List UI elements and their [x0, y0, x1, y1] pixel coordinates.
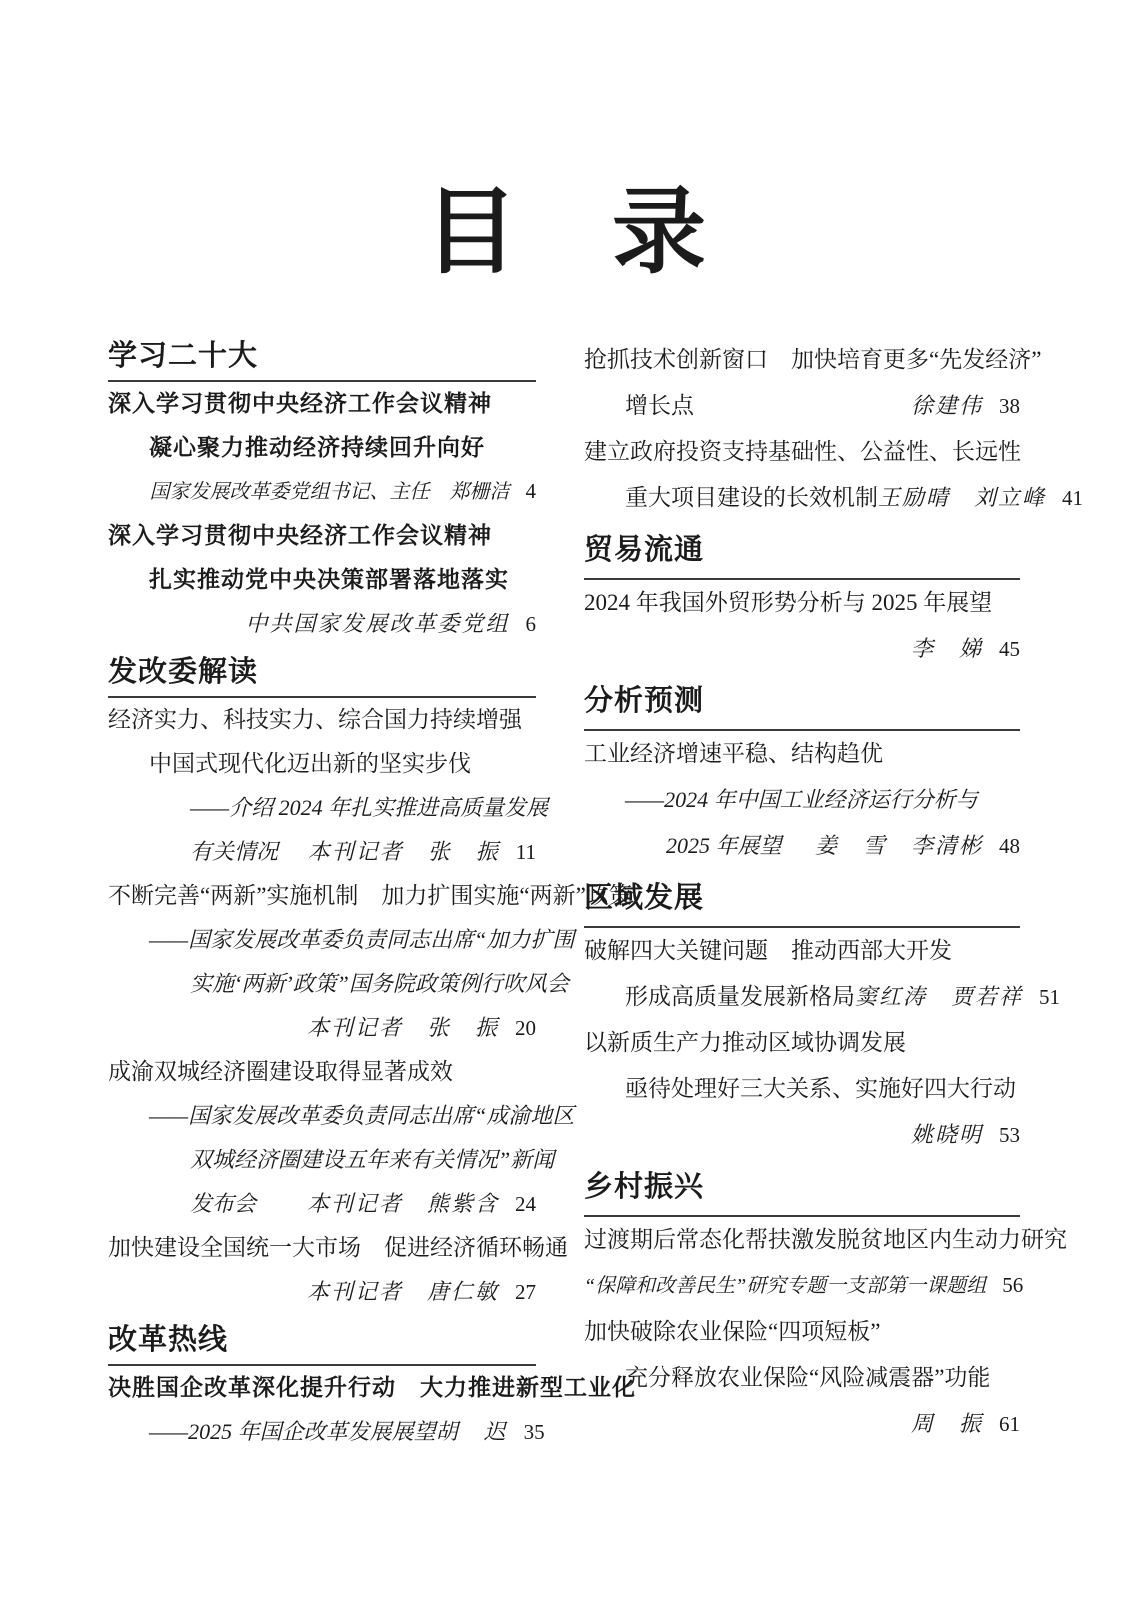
toc-entry-line: 实施‘两新’政策”国务院政策例行吹风会	[108, 962, 536, 1006]
entry-page-number: 38	[999, 395, 1020, 418]
entry-title-text: 增长点	[584, 393, 694, 418]
entry-author: 窦红涛 贾若祥	[855, 985, 1023, 1009]
entry-page-number: 35	[524, 1421, 545, 1444]
entry-page-number: 6	[526, 613, 537, 636]
toc-entry-line: ——2024 年中国工业经济运行分析与	[584, 777, 1020, 823]
entry-title-text: 成渝双城经济圈建设取得显著成效	[108, 1059, 453, 1084]
toc-entry-line: 加快破除农业保险“四项短板”	[584, 1309, 1020, 1355]
entry-author-page: 中共国家发展改革委党组6	[245, 612, 536, 636]
toc-entry-line: 加快建设全国统一大市场 促进经济循环畅通	[108, 1226, 536, 1270]
entry-author-page: 本刊记者 熊紫含24	[307, 1192, 536, 1216]
entry-author-page: 姜 雪 李清彬48	[815, 834, 1020, 858]
entry-page-number: 24	[515, 1193, 536, 1216]
toc-entry-line: 深入学习贯彻中央经济工作会议精神	[108, 514, 536, 558]
entry-author: 姚晓明	[911, 1123, 983, 1147]
entry-author-page: 周 振61	[911, 1412, 1020, 1436]
toc-left-column: 学习二十大深入学习贯彻中央经济工作会议精神凝心聚力推动经济持续回升向好国家发展改…	[108, 330, 536, 1454]
entry-author-page: 王励晴 刘立峰41	[878, 486, 1083, 510]
entry-title-text: 2025 年展望	[584, 834, 782, 858]
page-title: 目 录	[0, 186, 1130, 280]
section-title: 区域发展	[584, 883, 1020, 913]
entry-title-text: 建立政府投资支持基础性、公益性、长远性	[584, 439, 1021, 464]
toc-entry-line: 以新质生产力推动区域协调发展	[584, 1020, 1020, 1066]
toc-entry-line: 重大项目建设的长效机制王励晴 刘立峰41	[584, 475, 1020, 521]
toc-entry-line: ——国家发展改革委负责同志出席“加力扩围	[108, 918, 536, 962]
section-title: 改革热线	[108, 1325, 536, 1355]
entry-author: 徐建伟	[911, 394, 983, 418]
toc-entry-line: 成渝双城经济圈建设取得显著成效	[108, 1050, 536, 1094]
toc-entry-line: ——国家发展改革委负责同志出席“成渝地区	[108, 1094, 536, 1138]
toc-entry-line: 李 娣45	[584, 626, 1020, 672]
toc-entry-line: 增长点徐建伟38	[584, 383, 1020, 429]
entry-page-number: 53	[999, 1124, 1020, 1147]
toc-entry-line: 凝心聚力推动经济持续回升向好	[108, 426, 536, 470]
toc-entry-line: 决胜国企改革深化提升行动 大力推进新型工业化	[108, 1366, 536, 1410]
entry-author: “保障和改善民生”研究专题一支部第一课题组	[584, 1275, 986, 1297]
entry-title-text: 亟待处理好三大关系、实施好四大行动	[584, 1076, 1016, 1101]
toc-section-header: 区域发展	[584, 883, 1020, 928]
entry-author-page: 窦红涛 贾若祥51	[855, 985, 1060, 1009]
entry-title-text: 深入学习贯彻中央经济工作会议精神	[108, 391, 492, 416]
toc-entry-line: 扎实推动党中央决策部署落地落实	[108, 558, 536, 602]
toc-page: { "page": { "title": "目 录" }, "colors": …	[0, 0, 1130, 1600]
toc-section-header: 分析预测	[584, 686, 1020, 731]
entry-page-number: 41	[1062, 487, 1083, 510]
entry-title-text: 加快建设全国统一大市场 促进经济循环畅通	[108, 1235, 568, 1260]
entry-title-text: 抢抓技术创新窗口 加快培育更多“先发经济”	[584, 347, 1041, 372]
toc-section-header: 改革热线	[108, 1325, 536, 1366]
section-title: 发改委解读	[108, 657, 536, 687]
entry-title-text: ——2024 年中国工业经济运行分析与	[584, 788, 978, 812]
entry-page-number: 11	[516, 841, 536, 864]
entry-title-text: ——国家发展改革委负责同志出席“成渝地区	[108, 1104, 574, 1128]
entry-title-text: 加快破除农业保险“四项短板”	[584, 1319, 880, 1344]
toc-entry-line: 国家发展改革委党组书记、主任 郑栅洁4	[108, 470, 536, 514]
entry-author: 本刊记者 张 振	[308, 840, 500, 864]
toc-entry-line: 2025 年展望姜 雪 李清彬48	[584, 823, 1020, 869]
entry-title-text: 形成高质量发展新格局	[584, 984, 855, 1009]
toc-entry-line: 姚晓明53	[584, 1112, 1020, 1158]
toc-entry-line: 不断完善“两新”实施机制 加力扩围实施“两新”政策	[108, 874, 536, 918]
entry-author-page: “保障和改善民生”研究专题一支部第一课题组56	[584, 1274, 1023, 1297]
toc-entry-line: 双城经济圈建设五年来有关情况”新闻	[108, 1138, 536, 1182]
toc-entry-line: 抢抓技术创新窗口 加快培育更多“先发经济”	[584, 337, 1020, 383]
entry-page-number: 45	[999, 638, 1020, 661]
toc-entry-line: ——2025 年国企改革发展展望胡 迟35	[108, 1410, 536, 1454]
toc-entry-line: 建立政府投资支持基础性、公益性、长远性	[584, 429, 1020, 475]
toc-right-column: 抢抓技术创新窗口 加快培育更多“先发经济”增长点徐建伟38建立政府投资支持基础性…	[584, 330, 1020, 1447]
toc-entry-line: 深入学习贯彻中央经济工作会议精神	[108, 382, 536, 426]
entry-title-text: ——国家发展改革委负责同志出席“加力扩围	[108, 928, 574, 952]
entry-page-number: 61	[999, 1413, 1020, 1436]
entry-author: 李 娣	[911, 637, 983, 661]
entry-author: 本刊记者 唐仁敏	[307, 1280, 499, 1304]
entry-title-text: ——2025 年国企改革发展展望	[108, 1420, 436, 1444]
toc-entry-line: 工业经济增速平稳、结构趋优	[584, 731, 1020, 777]
entry-title-text: 以新质生产力推动区域协调发展	[584, 1030, 906, 1055]
entry-title-text: 工业经济增速平稳、结构趋优	[584, 741, 883, 766]
entry-title-text: 双城经济圈建设五年来有关情况”新闻	[108, 1148, 554, 1172]
toc-entry-line: 本刊记者 张 振20	[108, 1006, 536, 1050]
entry-page-number: 4	[526, 480, 537, 503]
toc-entry-line: 有关情况本刊记者 张 振11	[108, 830, 536, 874]
entry-title-text: 过渡期后常态化帮扶激发脱贫地区内生动力研究	[584, 1227, 1067, 1252]
toc-section-header: 学习二十大	[108, 341, 536, 382]
section-title: 学习二十大	[108, 341, 536, 371]
toc-entry-line: 发布会本刊记者 熊紫含24	[108, 1182, 536, 1226]
entry-author-page: 徐建伟38	[911, 394, 1020, 418]
entry-author: 胡 迟	[436, 1420, 508, 1444]
toc-entry-line: 形成高质量发展新格局窦红涛 贾若祥51	[584, 974, 1020, 1020]
entry-author-page: 李 娣45	[911, 637, 1020, 661]
entry-author: 周 振	[911, 1412, 983, 1436]
entry-title-text: 决胜国企改革深化提升行动 大力推进新型工业化	[108, 1375, 636, 1400]
toc-entry-line: 充分释放农业保险“风险减震器”功能	[584, 1355, 1020, 1401]
entry-author-page: 国家发展改革委党组书记、主任 郑栅洁4	[150, 480, 537, 503]
entry-title-text: 中国式现代化迈出新的坚实步伐	[108, 751, 471, 776]
entry-page-number: 27	[515, 1281, 536, 1304]
toc-entry-line: 经济实力、科技实力、综合国力持续增强	[108, 698, 536, 742]
entry-title-text: 重大项目建设的长效机制	[584, 485, 878, 510]
entry-title-text: 发布会	[108, 1192, 256, 1216]
toc-entry-line: 过渡期后常态化帮扶激发脱贫地区内生动力研究	[584, 1217, 1020, 1263]
entry-author: 本刊记者 张 振	[307, 1016, 499, 1040]
section-title: 分析预测	[584, 686, 1020, 716]
toc-entry-line: 2024 年我国外贸形势分析与 2025 年展望	[584, 580, 1020, 626]
entry-author-page: 本刊记者 张 振11	[308, 840, 536, 864]
entry-author-page: 姚晓明53	[911, 1123, 1020, 1147]
entry-title-text: 有关情况	[108, 840, 278, 864]
toc-section-header: 贸易流通	[584, 535, 1020, 580]
toc-entry-line: 周 振61	[584, 1401, 1020, 1447]
entry-author: 本刊记者 熊紫含	[307, 1192, 499, 1216]
toc-entry-line: 本刊记者 唐仁敏27	[108, 1270, 536, 1314]
entry-title-text: 深入学习贯彻中央经济工作会议精神	[108, 523, 492, 548]
toc-section-header: 发改委解读	[108, 657, 536, 698]
toc-entry-line: 亟待处理好三大关系、实施好四大行动	[584, 1066, 1020, 1112]
entry-title-text: 破解四大关键问题 推动西部大开发	[584, 938, 952, 963]
entry-title-text: 经济实力、科技实力、综合国力持续增强	[108, 707, 522, 732]
entry-title-text: 扎实推动党中央决策部署落地落实	[108, 567, 509, 592]
toc-section-header: 乡村振兴	[584, 1172, 1020, 1217]
entry-title-text: 充分释放农业保险“风险减震器”功能	[584, 1365, 990, 1390]
entry-author: 姜 雪 李清彬	[815, 834, 983, 858]
toc-entry-line: “保障和改善民生”研究专题一支部第一课题组56	[584, 1263, 1020, 1309]
entry-author: 国家发展改革委党组书记、主任 郑栅洁	[150, 481, 510, 503]
entry-title-text: 不断完善“两新”实施机制 加力扩围实施“两新”政策	[108, 883, 632, 908]
entry-author-page: 本刊记者 唐仁敏27	[307, 1280, 536, 1304]
entry-page-number: 56	[1002, 1274, 1023, 1297]
entry-author: 王励晴 刘立峰	[878, 486, 1046, 510]
toc-entry-line: 中国式现代化迈出新的坚实步伐	[108, 742, 536, 786]
entry-author: 中共国家发展改革委党组	[245, 612, 509, 636]
entry-page-number: 20	[515, 1017, 536, 1040]
entry-title-text: ——介绍 2024 年扎实推进高质量发展	[108, 796, 548, 820]
toc-entry-line: ——介绍 2024 年扎实推进高质量发展	[108, 786, 536, 830]
toc-entry-line: 中共国家发展改革委党组6	[108, 602, 536, 646]
toc-entry-line: 破解四大关键问题 推动西部大开发	[584, 928, 1020, 974]
section-title: 贸易流通	[584, 535, 1020, 565]
entry-author-page: 胡 迟35	[436, 1420, 545, 1444]
entry-page-number: 51	[1039, 986, 1060, 1009]
entry-author-page: 本刊记者 张 振20	[307, 1016, 536, 1040]
entry-title-text: 2024 年我国外贸形势分析与 2025 年展望	[584, 590, 992, 615]
entry-title-text: 凝心聚力推动经济持续回升向好	[108, 435, 485, 460]
entry-page-number: 48	[999, 835, 1020, 858]
entry-title-text: 实施‘两新’政策”国务院政策例行吹风会	[108, 972, 569, 996]
section-title: 乡村振兴	[584, 1172, 1020, 1202]
